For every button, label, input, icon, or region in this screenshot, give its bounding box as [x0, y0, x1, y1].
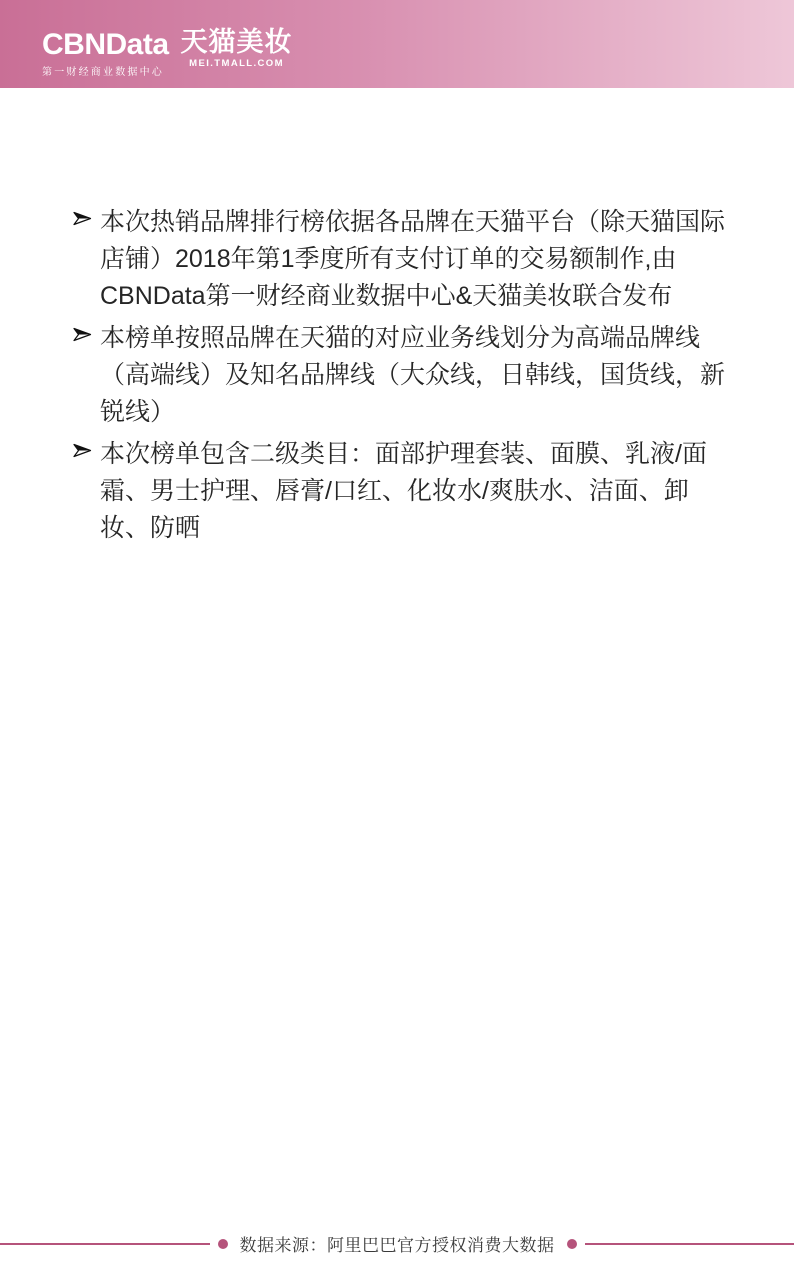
footer: 数据来源：阿里巴巴官方授权消费大数据 [0, 1231, 794, 1256]
arrowhead-right-bullet-icon [72, 320, 100, 431]
footer-rule-left [0, 1243, 210, 1245]
bullet-list: 本次热销品牌排行榜依据各品牌在天猫平台（除天猫国际店铺）2018年第1季度所有支… [0, 204, 794, 547]
bullet-item-brand-lines: 本榜单按照品牌在天猫的对应业务线划分为高端品牌线（高端线）及知名品牌线（大众线，… [72, 320, 738, 431]
tmall-beauty-logo: 天猫美妆 MEI.TMALL.COM [181, 28, 293, 69]
tmall-beauty-logo-text: 天猫美妆 [181, 28, 293, 56]
cbndata-logo-text: CBNData [42, 30, 169, 60]
data-source-text: 数据来源：阿里巴巴官方授权消费大数据 [240, 1231, 555, 1256]
footer-dot-right [567, 1239, 577, 1249]
header-banner: CBNData 第一财经商业数据中心 天猫美妆 MEI.TMALL.COM [0, 0, 794, 88]
report-slide-page: CBNData 第一财经商业数据中心 天猫美妆 MEI.TMALL.COM 本次… [0, 0, 794, 1285]
bullet-text: 本次榜单包含二级类目：面部护理套装、面膜、乳液/面霜、男士护理、唇膏/口红、化妆… [100, 436, 737, 547]
bullet-text: 本次热销品牌排行榜依据各品牌在天猫平台（除天猫国际店铺）2018年第1季度所有支… [100, 204, 737, 315]
cbndata-logo-subtitle: 第一财经商业数据中心 [42, 63, 169, 78]
footer-dot-left [218, 1239, 228, 1249]
tmall-beauty-logo-subtitle: MEI.TMALL.COM [181, 58, 293, 69]
slide-content: 本次热销品牌排行榜依据各品牌在天猫平台（除天猫国际店铺）2018年第1季度所有支… [0, 88, 794, 547]
bullet-item-methodology: 本次热销品牌排行榜依据各品牌在天猫平台（除天猫国际店铺）2018年第1季度所有支… [72, 204, 738, 315]
arrowhead-right-bullet-icon [72, 204, 100, 315]
bullet-item-categories: 本次榜单包含二级类目：面部护理套装、面膜、乳液/面霜、男士护理、唇膏/口红、化妆… [72, 436, 738, 547]
footer-rule-right [585, 1243, 794, 1245]
arrowhead-right-bullet-icon [72, 436, 100, 547]
cbndata-logo: CBNData 第一财经商业数据中心 [42, 30, 169, 78]
bullet-text: 本榜单按照品牌在天猫的对应业务线划分为高端品牌线（高端线）及知名品牌线（大众线，… [100, 320, 737, 431]
